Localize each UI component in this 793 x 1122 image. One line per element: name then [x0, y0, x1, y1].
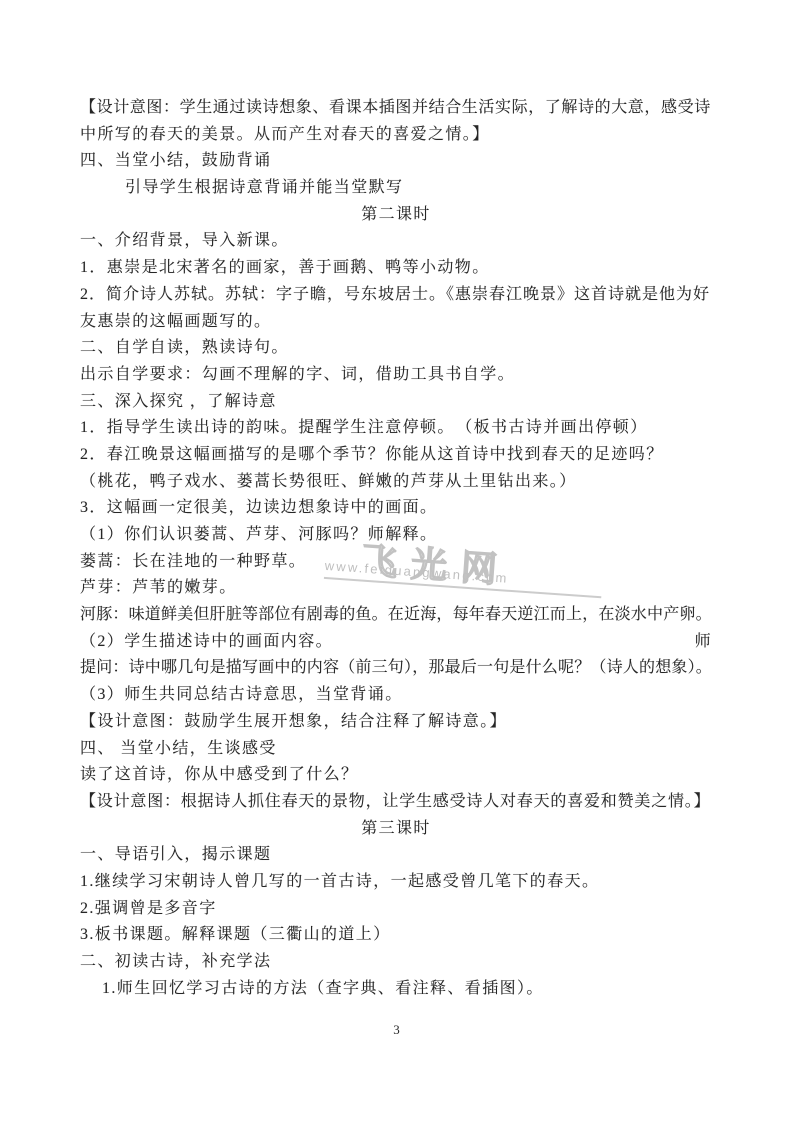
- text-line: 读了这首诗，你从中感受到了什么？: [80, 762, 712, 789]
- text-line: 河豚：味道鲜美但肝脏等部位有剧毒的鱼。在近海，每年春天逆江而上，在淡水中产卵。: [80, 602, 712, 629]
- text-line-right: 师: [695, 629, 712, 656]
- text-line: 四、 当堂小结，生谈感受: [80, 736, 712, 763]
- text-line: 蒌蒿：长在洼地的一种野草。: [80, 549, 712, 576]
- text-line: 【设计意图：学生通过读诗想象、看课本插图并结合生活实际，了解诗的大意，感受诗: [80, 95, 712, 122]
- document-page: 【设计意图：学生通过读诗想象、看课本插图并结合生活实际，了解诗的大意，感受诗中所…: [0, 0, 793, 1122]
- page-number: 3: [0, 1022, 793, 1038]
- text-line: 中所写的春天的美景。从而产生对春天的喜爱之情。】: [80, 122, 712, 149]
- text-line: （3）师生共同总结古诗意思，当堂背诵。: [80, 682, 712, 709]
- text-line: 2．春江晚景这幅画描写的是哪个季节？你能从这首诗中找到春天的足迹吗？: [80, 442, 712, 469]
- text-line: （1）你们认识蒌蒿、芦芽、河豚吗？师解释。: [80, 522, 712, 549]
- text-line: 2．简介诗人苏轼。苏轼：字子瞻，号东坡居士。《惠崇春江晚景》这首诗就是他为好: [80, 282, 712, 309]
- text-line: 四、当堂小结，鼓励背诵: [80, 148, 712, 175]
- text-line: 第二课时: [80, 202, 712, 229]
- text-line: （2）学生描述诗中的画面内容。师: [80, 629, 712, 656]
- text-line: 3.板书课题。解释课题（三衢山的道上）: [80, 922, 712, 949]
- text-line: 提问：诗中哪几句是描写画中的内容（前三句），那最后一句是什么呢？（诗人的想象）。: [80, 655, 712, 682]
- text-line: 出示自学要求：勾画不理解的字、词，借助工具书自学。: [80, 362, 712, 389]
- document-body: 【设计意图：学生通过读诗想象、看课本插图并结合生活实际，了解诗的大意，感受诗中所…: [80, 95, 712, 1002]
- text-line: 芦芽：芦苇的嫩芽。: [80, 575, 712, 602]
- text-line: 2.强调曾是多音字: [80, 896, 712, 923]
- text-line: 1.继续学习宋朝诗人曾几写的一首古诗，一起感受曾几笔下的春天。: [80, 869, 712, 896]
- text-line: 1．指导学生读出诗的韵味。提醒学生注意停顿。 （板书古诗并画出停顿）: [80, 415, 712, 442]
- text-line: 3．这幅画一定很美，边读边想象诗中的画面。: [80, 495, 712, 522]
- text-line: 一、介绍背景，导入新课。: [80, 228, 712, 255]
- text-line: 【设计意图：鼓励学生展开想象，结合注释了解诗意。】: [80, 709, 712, 736]
- text-line: （桃花，鸭子戏水、蒌蒿长势很旺、鲜嫩的芦芽从土里钻出来。）: [80, 469, 712, 496]
- text-line-left: （2）学生描述诗中的画面内容。: [80, 629, 333, 656]
- text-line: 友惠崇的这幅画题写的。: [80, 309, 712, 336]
- text-line: 引导学生根据诗意背诵并能当堂默写: [80, 175, 712, 202]
- text-line: 1.师生回忆学习古诗的方法（查字典、看注释、看插图）。: [80, 976, 712, 1003]
- text-line: 一、导语引入，揭示课题: [80, 842, 712, 869]
- text-line: 二、初读古诗，补充学法: [80, 949, 712, 976]
- text-line: 【设计意图：根据诗人抓住春天的景物，让学生感受诗人对春天的喜爱和赞美之情。】: [80, 789, 712, 816]
- text-line: 三、深入探究 ，了解诗意: [80, 389, 712, 416]
- text-line: 第三课时: [80, 816, 712, 843]
- text-line: 1．惠崇是北宋著名的画家，善于画鹅、鸭等小动物。: [80, 255, 712, 282]
- text-line: 二、自学自读，熟读诗句。: [80, 335, 712, 362]
